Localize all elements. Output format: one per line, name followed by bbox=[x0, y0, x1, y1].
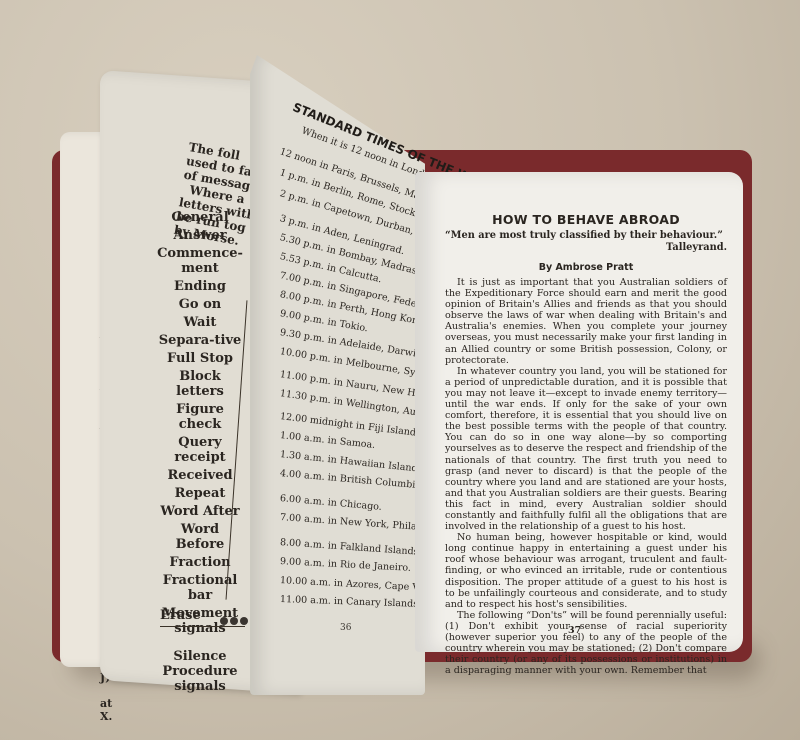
article-title: HOW TO BEHAVE ABROAD bbox=[445, 212, 727, 227]
signal-label: Answer bbox=[155, 228, 245, 243]
erase-morse-dots-icon bbox=[220, 610, 250, 629]
signal-label: Repeat bbox=[155, 486, 245, 501]
signal-label: Silence Procedure signals bbox=[155, 649, 245, 694]
signal-label: Separa-tive bbox=[155, 333, 245, 348]
epigraph-quote: “Men are most truly classified by their … bbox=[445, 230, 727, 242]
article-paragraph: No human being, however hospitable or ki… bbox=[445, 532, 727, 610]
article-paragraph: The following “Don'ts” will be found per… bbox=[445, 610, 727, 677]
signal-label: Block letters bbox=[155, 369, 245, 399]
signal-label: Word After bbox=[155, 504, 245, 519]
signal-label: Fraction bbox=[155, 555, 245, 570]
signal-label: Word Before bbox=[155, 522, 245, 552]
signal-label: Wait bbox=[155, 315, 245, 330]
epigraph-attribution: Talleyrand. bbox=[445, 242, 727, 254]
article-paragraph: It is just as important that you Austral… bbox=[445, 277, 727, 366]
signal-label: Figure check bbox=[155, 402, 245, 432]
article-byline: By Ambrose Pratt bbox=[445, 262, 727, 273]
signal-label: Received bbox=[155, 468, 245, 483]
signal-label: Ending bbox=[155, 279, 245, 294]
signal-label: Query receipt bbox=[155, 435, 245, 465]
signal-label: Go on bbox=[155, 297, 245, 312]
right-page-content: HOW TO BEHAVE ABROAD “Men are most truly… bbox=[445, 212, 727, 676]
signal-label: Full Stop bbox=[155, 351, 245, 366]
signal-label: Commence-ment bbox=[155, 246, 245, 276]
signal-label: Fractional bar bbox=[155, 573, 245, 603]
article-paragraph: In whatever country you land, you will b… bbox=[445, 366, 727, 532]
page-number-36: 36 bbox=[340, 623, 351, 633]
page-number-37: 37 bbox=[568, 625, 581, 636]
signal-label: General bbox=[155, 210, 245, 225]
photo-scene: Th used num arm Se and to l To so t The … bbox=[0, 0, 800, 740]
